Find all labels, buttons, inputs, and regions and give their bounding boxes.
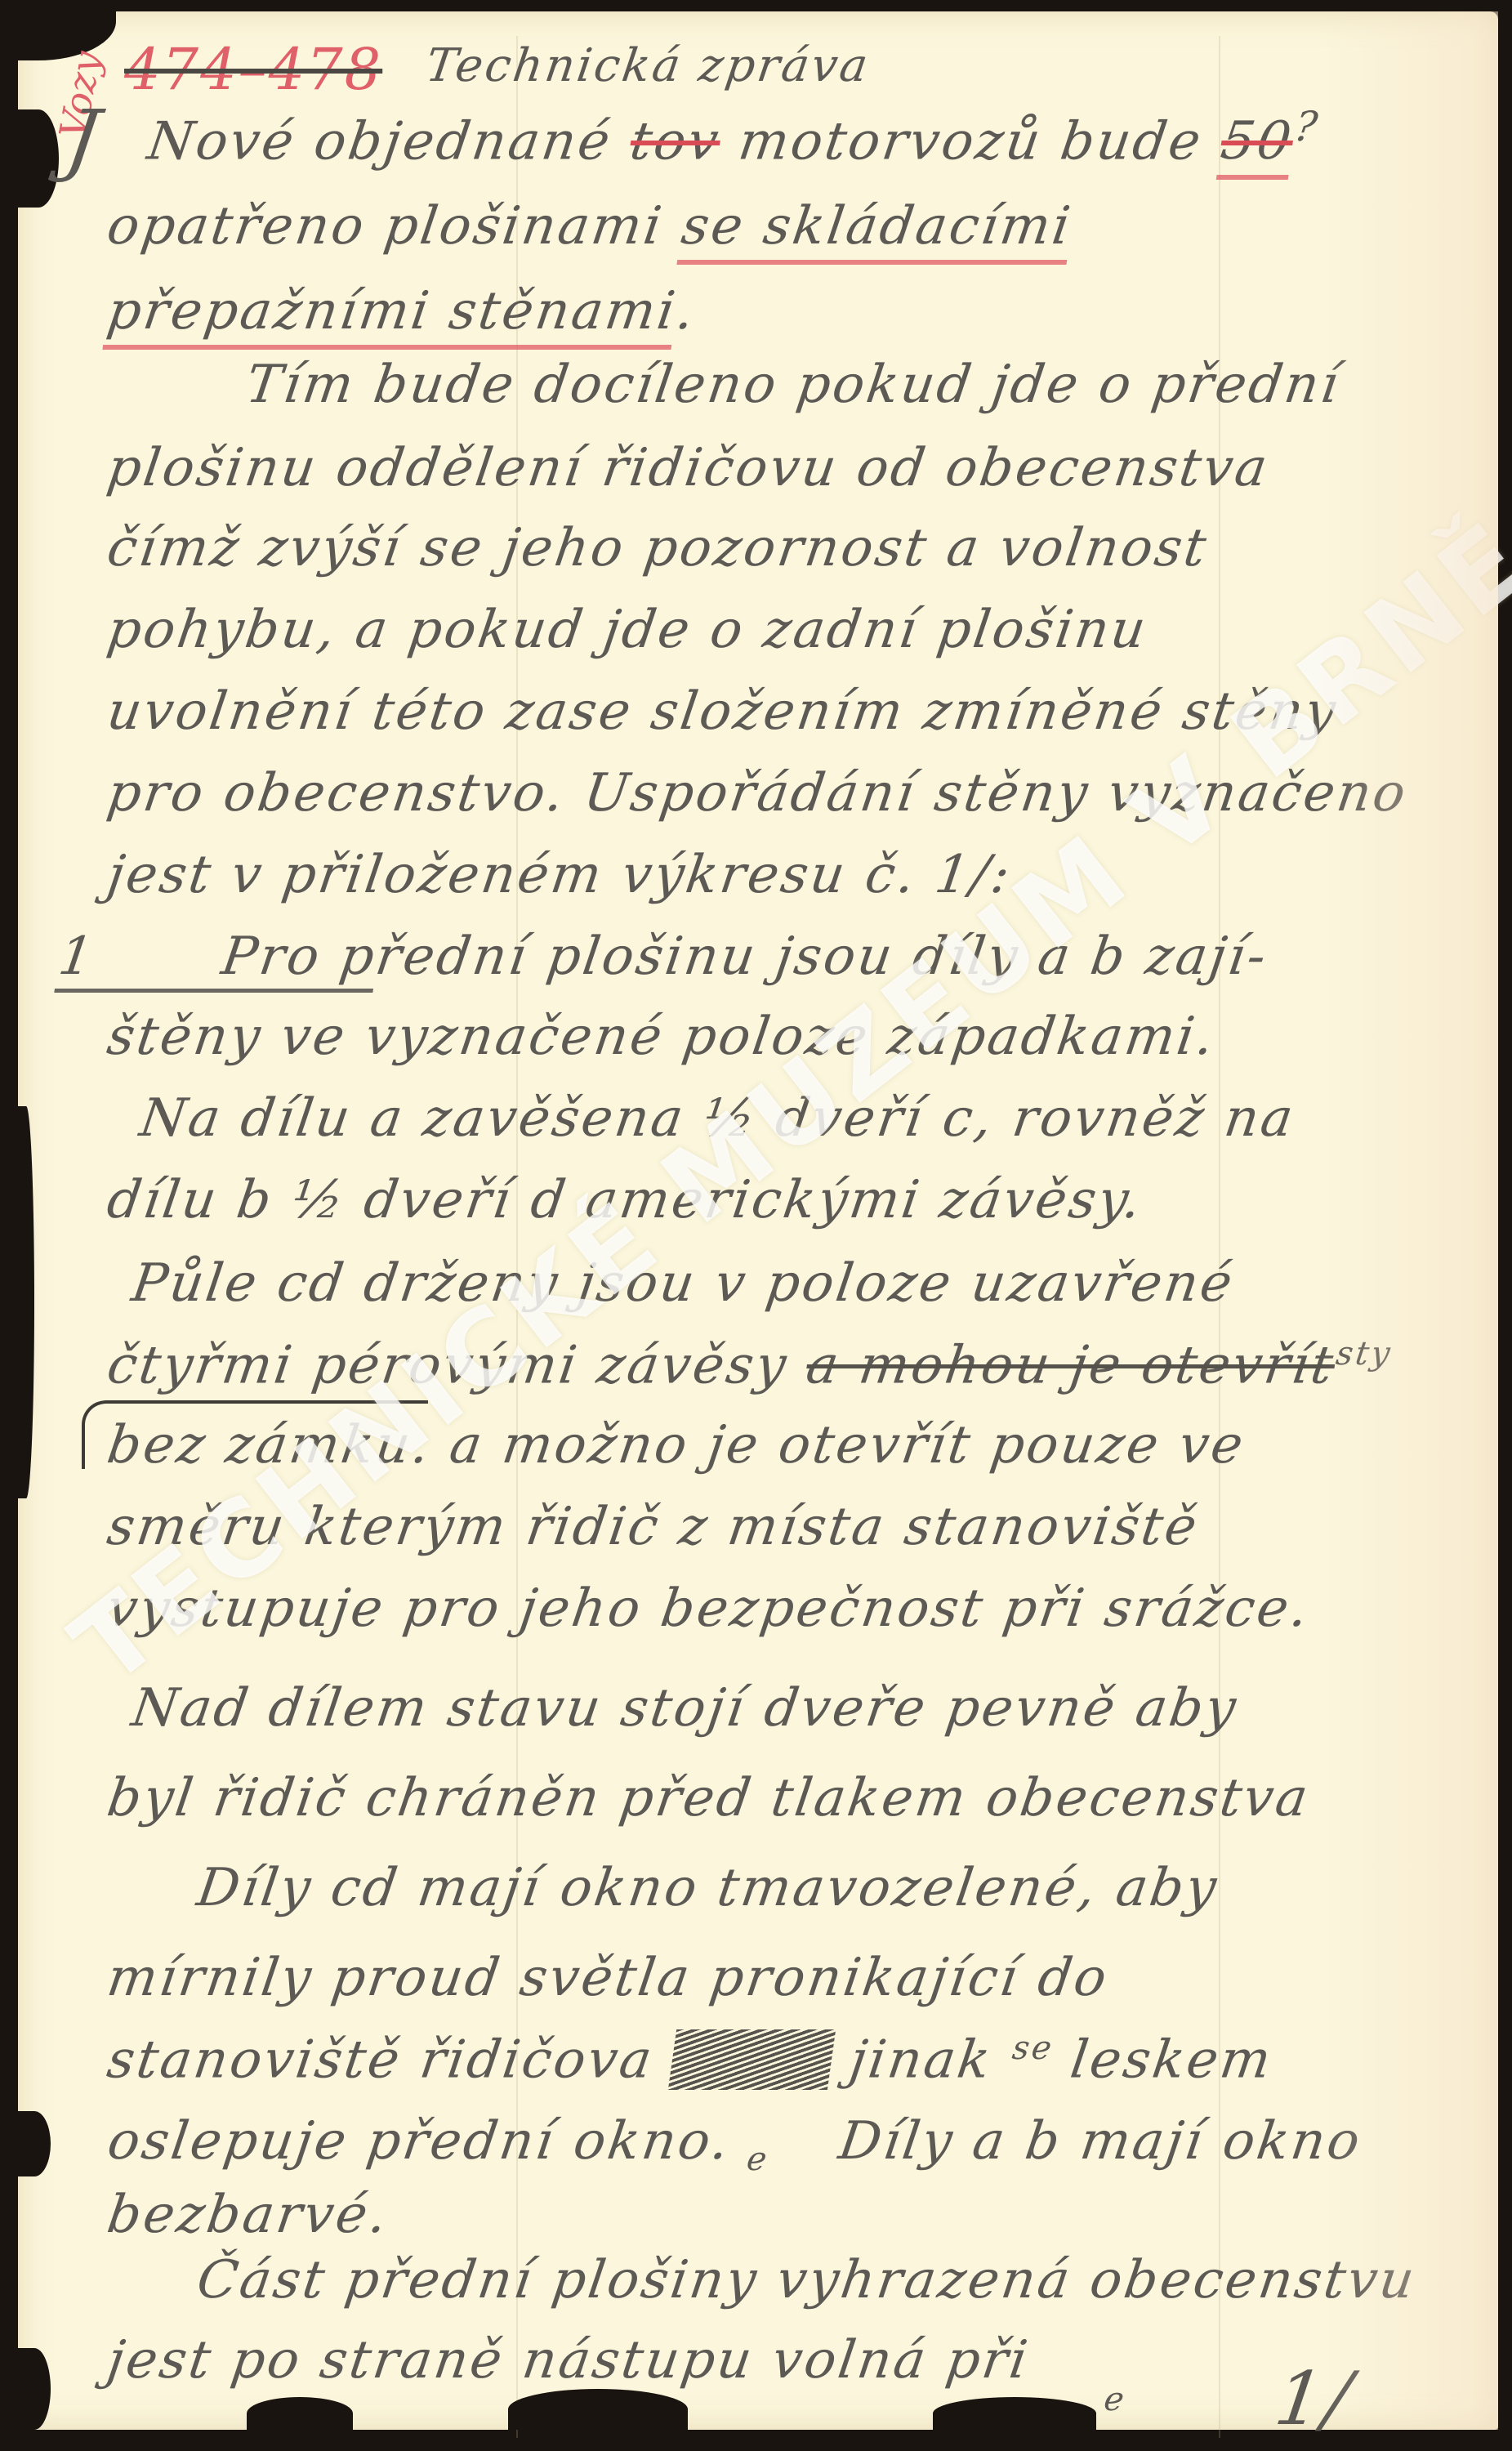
archive-number: 474–478	[124, 36, 382, 103]
torn-edge	[18, 2348, 51, 2430]
torn-edge	[18, 2111, 51, 2176]
text-line-19: vystupuje pro jeho bezpečnost při srážce…	[104, 1578, 1314, 1639]
text-line-28: jest po straně nástupu volná při	[104, 2330, 1033, 2391]
text-line-4: Tím bude docíleno pokud jde o přední	[243, 355, 1345, 415]
text-line-3: přepažními stěnami.	[104, 281, 700, 342]
text-line-25: oslepuje přední okno. e Díly a b mají ok…	[103, 2111, 1366, 2178]
manuscript-page: Vozy 474–478 Technická zpráva J Nové obj…	[18, 11, 1498, 2430]
text-line-5: plošinu oddělení řidičovu od obecenstva	[104, 438, 1273, 498]
text-line-14: dílu b ½ dveří d americkými závěsy.	[104, 1170, 1147, 1230]
text-line-6: čímž zvýší se jeho pozornost a volnost	[104, 518, 1212, 578]
text-line-15: Půle cd drženy jsou v poloze uzavřené	[128, 1253, 1238, 1314]
text-line-23: mírnily proud světla pronikající do	[104, 1948, 1113, 2008]
text-line-20: Nad dílem stavu stojí dveře pevně aby	[128, 1678, 1242, 1739]
page-number: 1/	[1270, 2356, 1358, 2442]
text-line-16: čtyřmi pérovými závěsy a mohou je otevří…	[104, 1335, 1395, 1395]
text-line-18: směru kterým řidič z místa stanoviště	[104, 1497, 1203, 1557]
text-line-26: bezbarvé.	[104, 2185, 393, 2245]
torn-edge	[508, 2389, 688, 2430]
text-line-9: pro obecenstvo. Uspořádání stěny vyznače…	[104, 763, 1412, 824]
text-line-17: bez zámku. a možno je otevřít pouze ve	[104, 1415, 1249, 1476]
torn-edge	[247, 2397, 353, 2430]
text-line-12: štěny ve vyznačené poloze západkami.	[104, 1007, 1220, 1067]
torn-edge	[933, 2397, 1096, 2430]
text-line-7: pohybu, a pokud jde o zadní plošinu	[104, 600, 1152, 660]
text-line-22: Díly cd mají okno tmavozelené, aby	[194, 1858, 1222, 1918]
text-line-24: stanoviště řidičova stanu jinak se leske…	[104, 2029, 1277, 2090]
document-title: Technická zpráva	[422, 39, 873, 92]
text-line-27: Část přední plošiny vyhrazená obecenstvu	[194, 2250, 1421, 2310]
text-line-21: byl řidič chráněn před tlakem obecenstva	[104, 1768, 1314, 1828]
bottom-mark: e	[1102, 2381, 1129, 2418]
scribbled-out-word: stanu	[668, 2029, 836, 2090]
text-line-11-body: Pro přední plošinu jsou díly a b zají-	[218, 926, 1272, 987]
text-line-1: Nové objednané tov motorvozů bude 50?	[144, 103, 1322, 172]
text-line-10: jest v přiloženém výkresu č. 1/:	[104, 845, 1016, 905]
text-line-8: uvolnění této zase složením zmíněné stěn…	[104, 681, 1341, 742]
text-line-13: Na dílu a zavěšena ½ dveří c, rovněž na	[136, 1088, 1299, 1149]
torn-edge	[18, 1106, 34, 1498]
text-line-2: opatřeno plošinami se skládacími	[104, 196, 1076, 257]
